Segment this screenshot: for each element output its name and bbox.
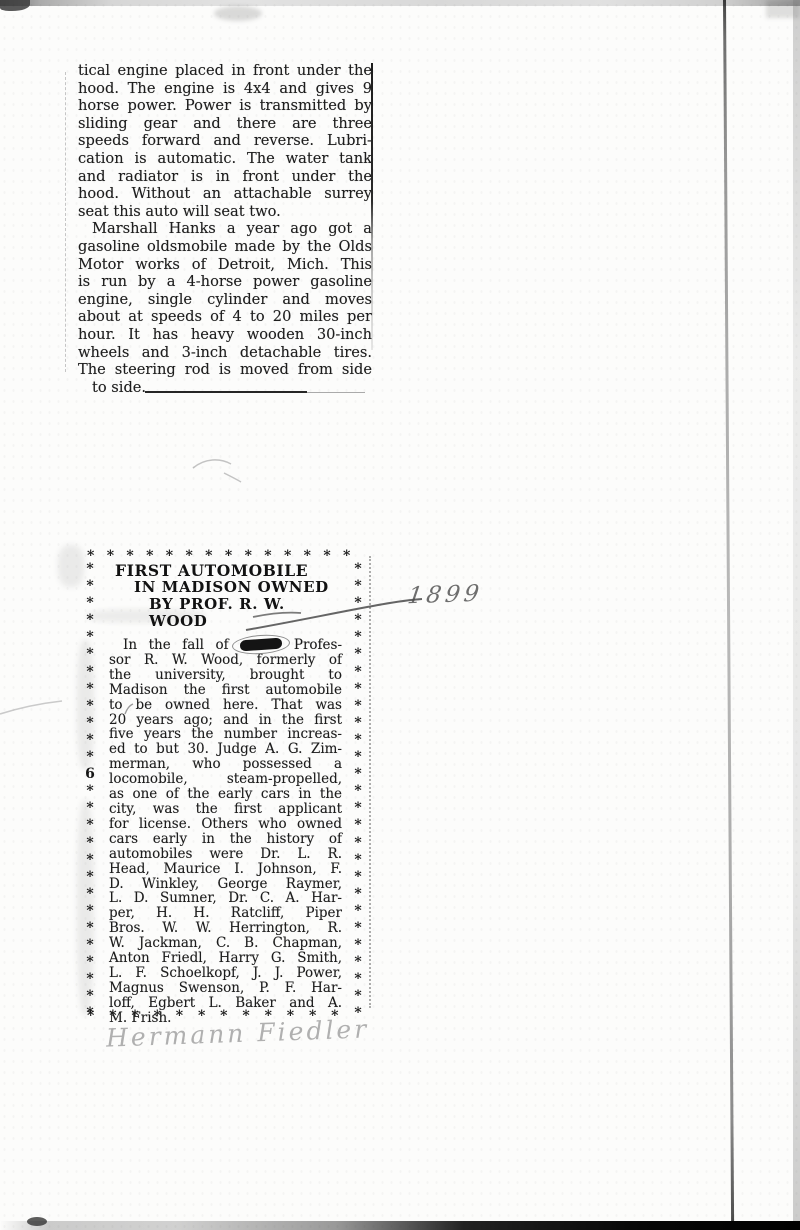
headline-line-2: IN MADISON OWNED: [109, 579, 342, 596]
article-paragraph: Marshall Hanks a year ago got a gasoline…: [78, 220, 372, 396]
body-text: sor R. W. Wood, formerly of the universi…: [109, 653, 342, 1011]
paragraph-text: Marshall Hanks a year ago got a gasoline…: [78, 220, 372, 378]
clipping-right-edge-dotted: [369, 556, 371, 1008]
body-first-line: In the fall of Profes-: [109, 638, 342, 653]
page-fold-line: [723, 0, 734, 1230]
scan-bottom-edge: [0, 1221, 800, 1230]
headline-line-3: BY PROF. R. W. WOOD: [109, 596, 342, 630]
paragraph-text: tical engine placed in front under the h…: [78, 62, 372, 203]
asterisk-border-left: * * * * * * * * * * * * 6 * * * * * * * …: [84, 561, 96, 1023]
article-body: In the fall of Profes- sor R. W. Wood, f…: [109, 638, 342, 1026]
pencil-year-annotation: 1899: [406, 581, 485, 610]
clipping-shadow-patch: [58, 545, 84, 587]
news-clipping-first-automobile: * * * * * * * * * * * * * * * * * * * * …: [84, 548, 366, 1026]
article-paragraph: tical engine placed in front under the h…: [78, 62, 372, 220]
scan-top-smudge: [214, 6, 262, 21]
scan-bottom-left-mark: [27, 1217, 47, 1226]
scanned-scrapbook-page: { "colors": { "ink": "#1e1e1e", "pencil"…: [0, 0, 800, 1230]
article-end-divider-faded: [307, 392, 365, 393]
clipping-content: FIRST AUTOMOBILE IN MADISON OWNED BY PRO…: [109, 562, 342, 1026]
news-clipping-engine-article: tical engine placed in front under the h…: [78, 62, 372, 396]
pencil-smudge-mark: [193, 460, 241, 482]
scribbled-out-year: [240, 639, 282, 650]
body-first-line-text: In the fall of: [123, 637, 229, 653]
paragraph-last-line: seat this auto will seat two.: [78, 203, 372, 221]
body-first-line-text: Profes-: [294, 637, 342, 653]
article-end-divider: [145, 391, 307, 393]
headline-line-1: FIRST AUTOMOBILE: [109, 562, 342, 579]
paragraph-last-line: to side.: [78, 379, 372, 397]
article-headline: FIRST AUTOMOBILE IN MADISON OWNED BY PRO…: [109, 562, 342, 630]
scan-right-edge-noise: [793, 0, 800, 1230]
asterisk-border-right: * * * * * * * * * * * * * * * * * * * * …: [352, 561, 364, 1023]
newspaper-column-rule: [371, 63, 373, 350]
scan-top-left-mark: [0, 0, 30, 11]
scan-top-edge-noise: [0, 0, 800, 6]
clipping-left-edge: [65, 72, 66, 372]
pencil-edge-mark: [0, 701, 62, 714]
